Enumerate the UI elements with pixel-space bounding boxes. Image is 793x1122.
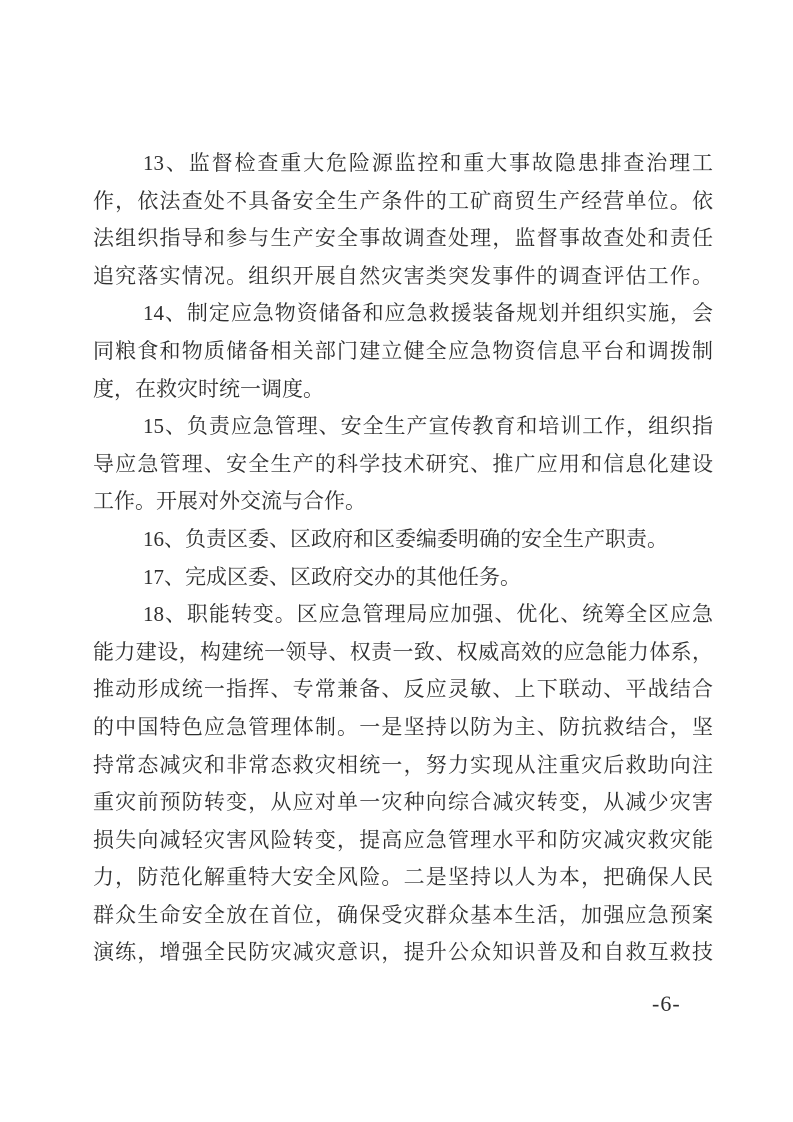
text-line: 持常态减灾和非常态救灾相统一，努力实现从注重灾后救助向注 — [93, 747, 713, 785]
text-line: 损失向减轻灾害风险转变，提高应急管理水平和防灾减灾救灾能 — [93, 822, 713, 860]
text-line: 重灾前预防转变，从应对单一灾种向综合减灾转变，从减少灾害 — [93, 784, 713, 822]
text-line: 能力建设，构建统一领导、权责一致、权威高效的应急能力体系， — [93, 634, 713, 672]
text-line: 演练，增强全民防灾减灾意识，提升公众知识普及和自救互救技 — [93, 934, 713, 972]
text-line: 工作。开展对外交流与合作。 — [93, 483, 713, 521]
text-line: 16、负责区委、区政府和区委编委明确的安全生产职责。 — [93, 521, 713, 559]
text-line: 力，防范化解重特大安全风险。二是坚持以人为本，把确保人民 — [93, 859, 713, 897]
text-line: 的中国特色应急管理体制。一是坚持以防为主、防抗救结合，坚 — [93, 709, 713, 747]
text-line: 17、完成区委、区政府交办的其他任务。 — [93, 559, 713, 597]
text-line: 导应急管理、安全生产的科学技术研究、推广应用和信息化建设 — [93, 446, 713, 484]
page-number: -6- — [652, 993, 722, 1015]
text-line: 度，在救灾时统一调度。 — [93, 371, 713, 409]
text-line: 作，依法查处不具备安全生产条件的工矿商贸生产经营单位。依 — [93, 183, 713, 221]
text-line: 追究落实情况。组织开展自然灾害类突发事件的调查评估工作。 — [93, 258, 713, 296]
text-line: 14、制定应急物资储备和应急救援装备规划并组织实施，会 — [93, 295, 713, 333]
document-body: 13、监督检查重大危险源监控和重大事故隐患排查治理工作，依法查处不具备安全生产条… — [93, 145, 713, 972]
text-line: 18、职能转变。区应急管理局应加强、优化、统筹全区应急 — [93, 596, 713, 634]
text-line: 推动形成统一指挥、专常兼备、反应灵敏、上下联动、平战结合 — [93, 671, 713, 709]
text-line: 15、负责应急管理、安全生产宣传教育和培训工作，组织指 — [93, 408, 713, 446]
text-line: 同粮食和物质储备相关部门建立健全应急物资信息平台和调拨制 — [93, 333, 713, 371]
text-line: 13、监督检查重大危险源监控和重大事故隐患排查治理工 — [93, 145, 713, 183]
text-line: 法组织指导和参与生产安全事故调查处理，监督事故查处和责任 — [93, 220, 713, 258]
document-page: 13、监督检查重大危险源监控和重大事故隐患排查治理工作，依法查处不具备安全生产条… — [0, 0, 793, 1122]
text-line: 群众生命安全放在首位，确保受灾群众基本生活，加强应急预案 — [93, 897, 713, 935]
